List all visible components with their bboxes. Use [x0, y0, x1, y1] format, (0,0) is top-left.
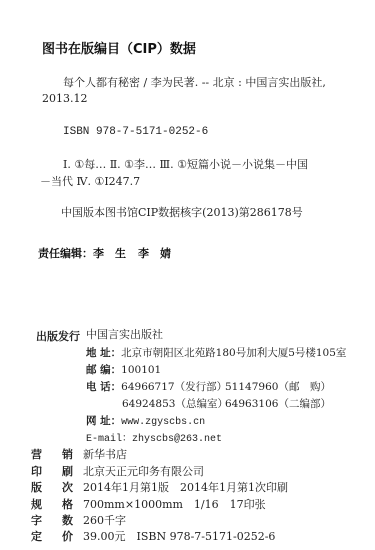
- cip-classification-line2: －当代 Ⅳ. ①I247.7: [40, 175, 140, 189]
- detail-row-marketing: 营销新华书店: [0, 446, 375, 462]
- cip-isbn: ISBN 978-7-5171-0252-6: [63, 126, 208, 138]
- publisher-phone-3: 64924853（总编室）: [122, 397, 228, 411]
- phone-number-4: 64963106: [225, 398, 278, 410]
- publisher-phone-2: 51147960（邮 购）: [225, 380, 331, 394]
- phone-label: 电 话：: [86, 381, 121, 393]
- publisher-label: 出版发行: [36, 328, 80, 344]
- printer-value: 北京天正元印务有限公司: [83, 463, 204, 479]
- detail-row-printing: 印刷北京天正元印务有限公司: [0, 463, 375, 479]
- publisher-email-row: E-mail：zhyscbs@263.net: [86, 431, 222, 447]
- detail-row-word-count: 字数260千字: [0, 512, 375, 528]
- editors-label: 责任编辑：: [38, 247, 93, 260]
- price-value: 39.00元 ISBN 978-7-5171-0252-6: [83, 528, 275, 544]
- detail-row-format: 规格700mm×1000mm 1/16 17印张: [0, 496, 375, 512]
- editor-name-1: 李 生: [93, 247, 126, 260]
- publisher-phone-4: 64963106（二编部）: [225, 397, 331, 411]
- publisher-name: 中国言实出版社: [86, 328, 163, 342]
- address-label: 地 址：: [86, 347, 121, 359]
- publisher-website-row: 网 址：www.zgyscbs.cn: [86, 414, 205, 430]
- edition-value: 2014年1月第1版 2014年1月第1次印刷: [83, 479, 288, 495]
- cip-classification-line1: Ⅰ. ①每… Ⅱ. ①李… Ⅲ. ①短篇小说－小说集－中国: [63, 158, 308, 172]
- publisher-address-row: 地 址：北京市朝阳区北苑路180号加利大厦5号楼105室: [86, 346, 346, 360]
- postcode-label: 邮 编：: [86, 364, 121, 376]
- format-value: 700mm×1000mm 1/16 17印张: [83, 496, 266, 512]
- responsible-editors: 责任编辑：李 生李 婧: [38, 245, 171, 261]
- phone-dept-1: （发行部）: [175, 381, 228, 393]
- email-label: E-mail：: [86, 434, 132, 445]
- marketing-value: 新华书店: [83, 446, 127, 462]
- address-value: 北京市朝阳区北苑路180号加利大厦5号楼105室: [121, 347, 346, 359]
- publisher-postcode-row: 邮 编：100101: [86, 363, 161, 377]
- phone-dept-2: （邮 购）: [278, 381, 331, 393]
- phone-number-3: 64924853: [122, 398, 175, 410]
- phone-number-1: 64966717: [121, 381, 174, 393]
- cip-entry-line2: 2013.12: [42, 92, 88, 106]
- cip-record-number: 中国版本图书馆CIP数据核字(2013)第286178号: [61, 206, 303, 220]
- editor-name-2: 李 婧: [138, 247, 171, 260]
- website-label: 网 址：: [86, 415, 121, 427]
- website-value[interactable]: www.zgyscbs.cn: [121, 417, 205, 428]
- email-value[interactable]: zhyscbs@263.net: [132, 434, 222, 445]
- phone-number-2: 51147960: [225, 381, 278, 393]
- detail-row-edition: 版次2014年1月第1版 2014年1月第1次印刷: [0, 479, 375, 495]
- phone-dept-4: （二编部）: [278, 398, 331, 410]
- publisher-phone-row-1: 电 话：64966717（发行部）: [86, 380, 227, 394]
- postcode-value: 100101: [121, 364, 161, 376]
- phone-dept-3: （总编室）: [175, 398, 228, 410]
- word-count-value: 260千字: [83, 512, 126, 528]
- cip-title: 图书在版编目（CIP）数据: [42, 38, 196, 57]
- detail-row-price: 定价39.00元 ISBN 978-7-5171-0252-6: [0, 528, 375, 544]
- cip-entry-line1: 每个人都有秘密 / 李为民著. -- 北京 : 中国言实出版社,: [63, 76, 326, 90]
